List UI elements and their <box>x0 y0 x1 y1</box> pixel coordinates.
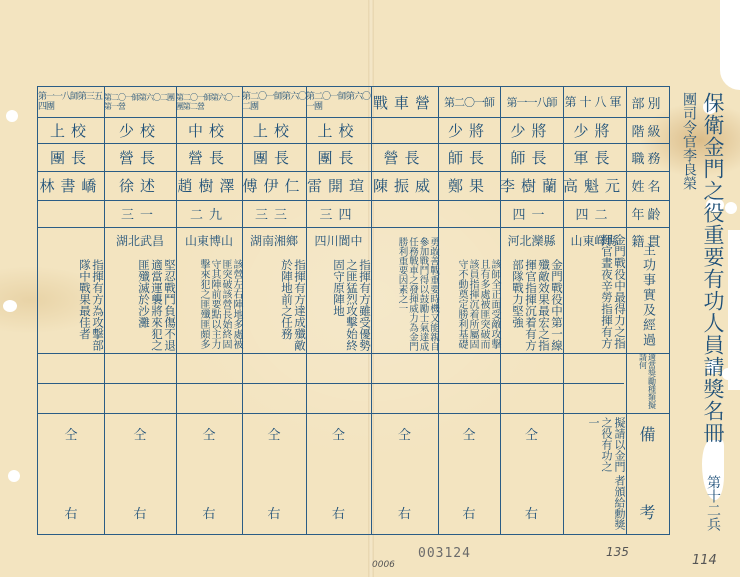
remark-ditto-bottom: 右 <box>38 492 104 532</box>
document-title: 保衛金門之役重要有功人員請獎名冊 <box>701 92 725 444</box>
remark-ditto-top: 仝 <box>371 413 438 453</box>
remark-ditto-bottom: 右 <box>104 492 176 532</box>
native-place: 山東博山 <box>176 227 242 253</box>
remark-ditto-bottom: 右 <box>242 492 306 532</box>
unit: 第十八軍 <box>563 87 626 117</box>
position: 營長 <box>176 143 242 171</box>
native-place: 四川閬中 <box>306 227 371 253</box>
remark-ditto-bottom: 右 <box>500 492 563 532</box>
remark-ditto-top: 仝 <box>176 413 242 453</box>
handwritten-page-number: 135 <box>606 545 629 559</box>
unit: 第二〇一師 <box>438 87 500 117</box>
header-rank: 階級 <box>626 117 669 143</box>
record-column: 第一一八師第三五四團 上校 團長 林書嶠 指揮有方為攻擊部隊中戰果最佳者 仝 右 <box>38 87 104 534</box>
remark-text: 擬請以金門之役有功之一者頒給勳獎 <box>563 417 626 532</box>
native-place: 湖南湘鄉 <box>242 227 306 253</box>
rank: 上校 <box>306 117 371 143</box>
handwritten-folio-number: 114 <box>692 553 717 568</box>
name: 雷開瑄 <box>306 171 371 200</box>
position: 師長 <box>500 143 563 171</box>
remark-ditto-top: 仝 <box>306 413 371 453</box>
award-register-table: 部別 階級 職務 姓名 年齡 籍貫 主功事實及經過 適當獎勵種類擬請何 備 考 … <box>37 86 670 535</box>
rank: 少將 <box>563 117 626 143</box>
unit: 第二〇一師第六〇一團第二營 <box>176 87 242 117</box>
punch-hole <box>725 202 737 214</box>
age: 三一 <box>104 200 176 227</box>
remark-ditto-top: 仝 <box>500 413 563 453</box>
record-column: 第二〇一師第六〇二團 上校 團長 傅伊仁 三三 湖南湘鄉 指揮有方達成殲敵於陣地… <box>242 87 306 534</box>
header-remarks-1: 備 <box>626 413 669 453</box>
remark-ditto-bottom: 右 <box>176 492 242 532</box>
name: 鄭果 <box>438 171 500 200</box>
rank <box>371 117 438 143</box>
remark-ditto-top: 仝 <box>438 413 500 453</box>
rank: 上校 <box>242 117 306 143</box>
record-column: 第二〇一師第六〇一團第二營 中校 營長 趙樹澤 二九 山東博山 該營左右陣地多處… <box>176 87 242 534</box>
remark-ditto-top: 仝 <box>38 413 104 453</box>
header-position: 職務 <box>626 143 669 171</box>
unit: 第二〇一師第六〇二團 <box>242 87 306 117</box>
header-remarks-2: 考 <box>626 487 669 535</box>
record-column: 第一一八師 少將 師長 李樹蘭 四一 河北灤縣 金門戰役中第一線殲敵效果最宏之指… <box>500 87 563 534</box>
header-column: 部別 階級 職務 姓名 年齡 籍貫 主功事實及經過 適當獎勵種類擬請何 備 考 <box>626 87 669 534</box>
age: 二九 <box>176 200 242 227</box>
remark-ditto-top: 仝 <box>242 413 306 453</box>
age <box>38 200 104 227</box>
punch-hole <box>3 300 17 312</box>
native-place <box>38 227 104 253</box>
position: 軍長 <box>563 143 626 171</box>
remark-ditto-top: 仝 <box>104 413 176 453</box>
punch-hole <box>8 470 20 482</box>
age: 三四 <box>306 200 371 227</box>
position: 團長 <box>38 143 104 171</box>
header-award-type: 適當獎勵種類擬請何 <box>626 353 669 413</box>
header-name: 姓名 <box>626 171 669 200</box>
unit: 第二〇一師第六〇一團 <box>306 87 371 117</box>
remark-ditto-bottom: 右 <box>438 492 500 532</box>
punch-hole <box>6 110 18 122</box>
age: 三三 <box>242 200 306 227</box>
record-column: 第二〇一師第六〇一團 上校 團長 雷開瑄 三四 四川閬中 指揮有方雖受優勢之匪猛… <box>306 87 371 534</box>
torn-edge <box>720 0 740 90</box>
position: 營長 <box>104 143 176 171</box>
header-age: 年齡 <box>626 200 669 227</box>
unit: 第二〇一師第六〇二團第一營 <box>104 87 176 117</box>
unit: 戰車營 <box>371 87 438 117</box>
position: 團長 <box>306 143 371 171</box>
achievement-text: 金門戰役中最得力之指揮官晝夜辛勞指揮有方 <box>563 227 626 353</box>
age: 四二 <box>563 200 626 227</box>
header-unit: 部別 <box>626 87 669 117</box>
rank: 少校 <box>104 117 176 143</box>
rank: 上校 <box>38 117 104 143</box>
achievement-text: 該師全正面受敵攻擊且有多處被匪突破而該員指揮沉着所屬固守不動奠定勝利基礎 <box>438 253 500 353</box>
position: 團長 <box>242 143 306 171</box>
achievement-text: 金門戰役中第一線殲敵效果最宏之指揮官指揮沉着有方部隊戰力堅強 <box>500 253 563 353</box>
name: 高魁元 <box>563 171 626 200</box>
native-place: 湖北武昌 <box>104 227 176 253</box>
native-place <box>438 227 500 253</box>
archive-stamp-number: 003124 <box>418 546 471 561</box>
rank: 中校 <box>176 117 242 143</box>
name: 趙樹澤 <box>176 171 242 200</box>
rank: 少將 <box>500 117 563 143</box>
remark-ditto-bottom: 右 <box>371 492 438 532</box>
age <box>438 200 500 227</box>
name: 李樹蘭 <box>500 171 563 200</box>
achievement-text: 堅忍戰鬥負傷不退適當運襲將來犯之匪殲滅於沙灘 <box>104 253 176 353</box>
torn-edge <box>728 230 740 390</box>
name: 傅伊仁 <box>242 171 306 200</box>
name: 林書嶠 <box>38 171 104 200</box>
rank: 少將 <box>438 117 500 143</box>
age: 四一 <box>500 200 563 227</box>
handwritten-code: 0006 <box>372 560 395 570</box>
document-title-block: 保衛金門之役重要有功人員請獎名冊 第十二兵團司令官李良榮 <box>685 92 725 532</box>
achievement-text: 指揮有方為攻擊部隊中戰果最佳者 <box>38 253 104 353</box>
native-place: 河北灤縣 <box>500 227 563 253</box>
unit: 第一一八師 <box>500 87 563 117</box>
record-column: 第二〇一師 少將 師長 鄭果 該師全正面受敵攻擊且有多處被匪突破而該員指揮沉着所… <box>438 87 500 534</box>
record-column: 第二〇一師第六〇二團第一營 少校 營長 徐述 三一 湖北武昌 堅忍戰鬥負傷不退適… <box>104 87 176 534</box>
name: 陳振威 <box>371 171 438 200</box>
position: 營長 <box>371 143 438 171</box>
remark-ditto-bottom: 右 <box>306 492 371 532</box>
unit: 第一一八師第三五四團 <box>38 87 104 117</box>
header-achievement: 主功事實及經過 <box>626 237 669 353</box>
record-column: 戰車營 營長 陳振威 勇敢善戰重要時機又能親自參加戰鬥得以鼓勵士氣達成任務戰車之… <box>371 87 438 534</box>
age <box>371 200 438 227</box>
name: 徐述 <box>104 171 176 200</box>
record-column: 第十八軍 少將 軍長 高魁元 四二 山東嶧縣 金門戰役中最得力之指揮官晝夜辛勞指… <box>563 87 626 534</box>
achievement-text: 指揮有方達成殲敵於陣地前之任務 <box>242 253 306 353</box>
achievement-text: 該營左右陣地多處被匪突破該營長始終固守其陣前要點以主力擊來犯之匪殲匪頗多 <box>176 253 242 353</box>
position: 師長 <box>438 143 500 171</box>
achievement-text: 指揮有方雖受優勢之匪猛烈攻擊始終固守原陣地 <box>306 253 371 353</box>
achievement-text: 勇敢善戰重要時機又能親自參加戰鬥得以鼓勵士氣達成任務戰車之發揮威力為金門勝利重要… <box>371 229 438 353</box>
